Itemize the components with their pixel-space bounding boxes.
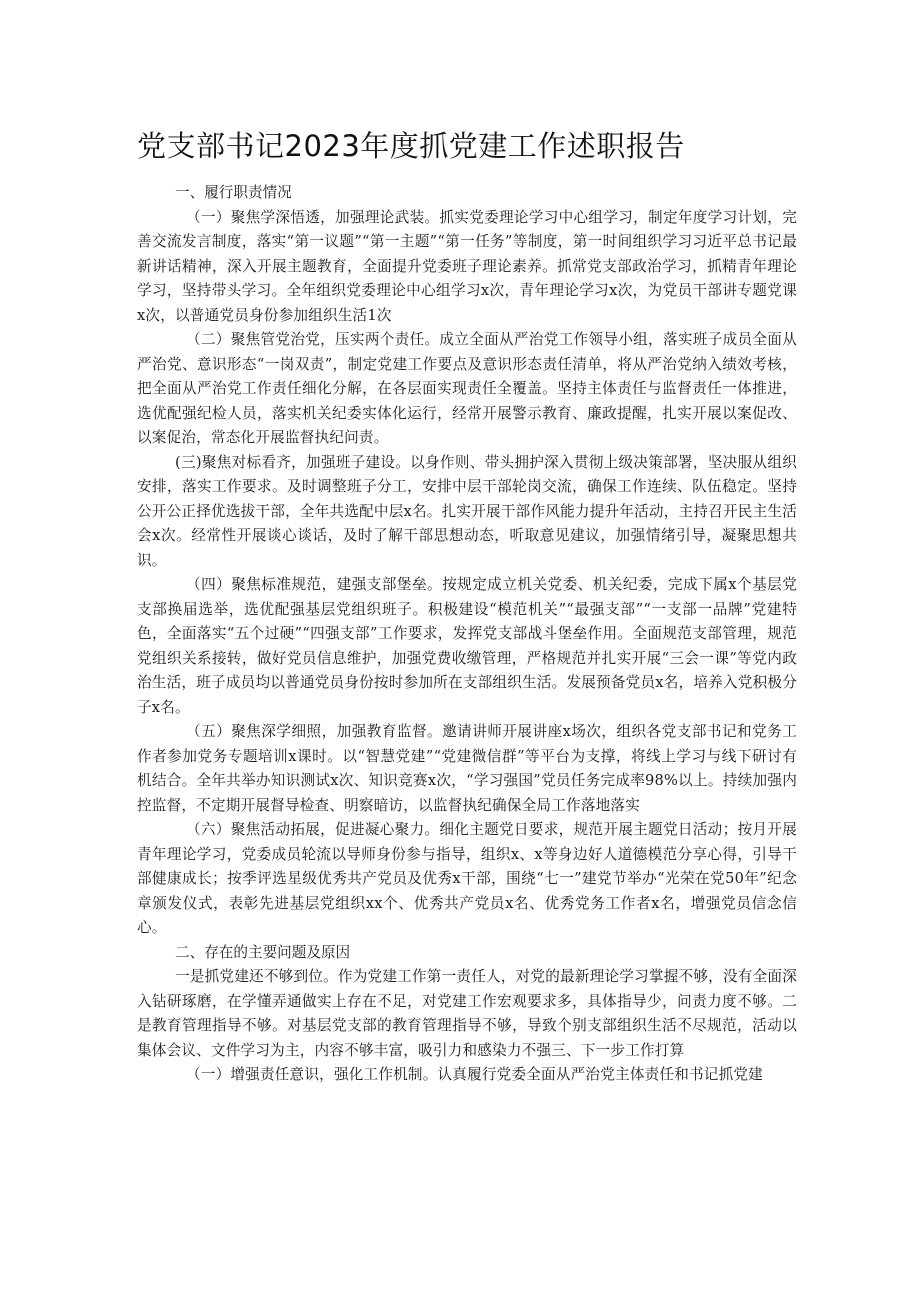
paragraph-branch-standards: （四）聚焦标准规范，建强支部堡垒。按规定成立机关党委、机关纪委，完成下属x个基层… xyxy=(137,573,797,720)
paragraph-governance: （二）聚焦管党治党，压实两个责任。成立全面从严治党工作领导小组，落实班子成员全面… xyxy=(137,328,797,451)
document-page: 党支部书记2023年度抓党建工作述职报告 一、履行职责情况 （一）聚焦学深悟透，… xyxy=(137,128,797,1088)
paragraph-study: （一）聚焦学深悟透，加强理论武装。抓实党委理论学习中心组学习，制定年度学习计划，… xyxy=(137,206,797,329)
section-performance: 一、履行职责情况 （一）聚焦学深悟透，加强理论武装。抓实党委理论学习中心组学习，… xyxy=(137,181,797,941)
section-heading: 二、存在的主要问题及原因 xyxy=(137,941,797,966)
section-heading: 一、履行职责情况 xyxy=(137,181,797,206)
paragraph-problems: 一是抓党建还不够到位。作为党建工作第一责任人，对党的最新理论学习掌握不够，没有全… xyxy=(137,965,797,1063)
paragraph-education-supervision: （五）聚焦深学细照，加强教育监督。邀请讲师开展讲座x场次，组织各党支部书记和党务… xyxy=(137,720,797,818)
paragraph-activities: （六）聚焦活动拓展，促进凝心聚力。细化主题党日要求，规范开展主题党日活动；按月开… xyxy=(137,818,797,941)
paragraph-next-steps: （一）增强责任意识，强化工作机制。认真履行党委全面从严治党主体责任和书记抓党建 xyxy=(137,1063,797,1088)
paragraph-team-building: (三)聚焦对标看齐，加强班子建设。以身作则、带头拥护深入贯彻上级决策部署，坚决服… xyxy=(137,451,797,574)
document-title: 党支部书记2023年度抓党建工作述职报告 xyxy=(137,128,797,164)
section-problems: 二、存在的主要问题及原因 一是抓党建还不够到位。作为党建工作第一责任人，对党的最… xyxy=(137,941,797,1088)
